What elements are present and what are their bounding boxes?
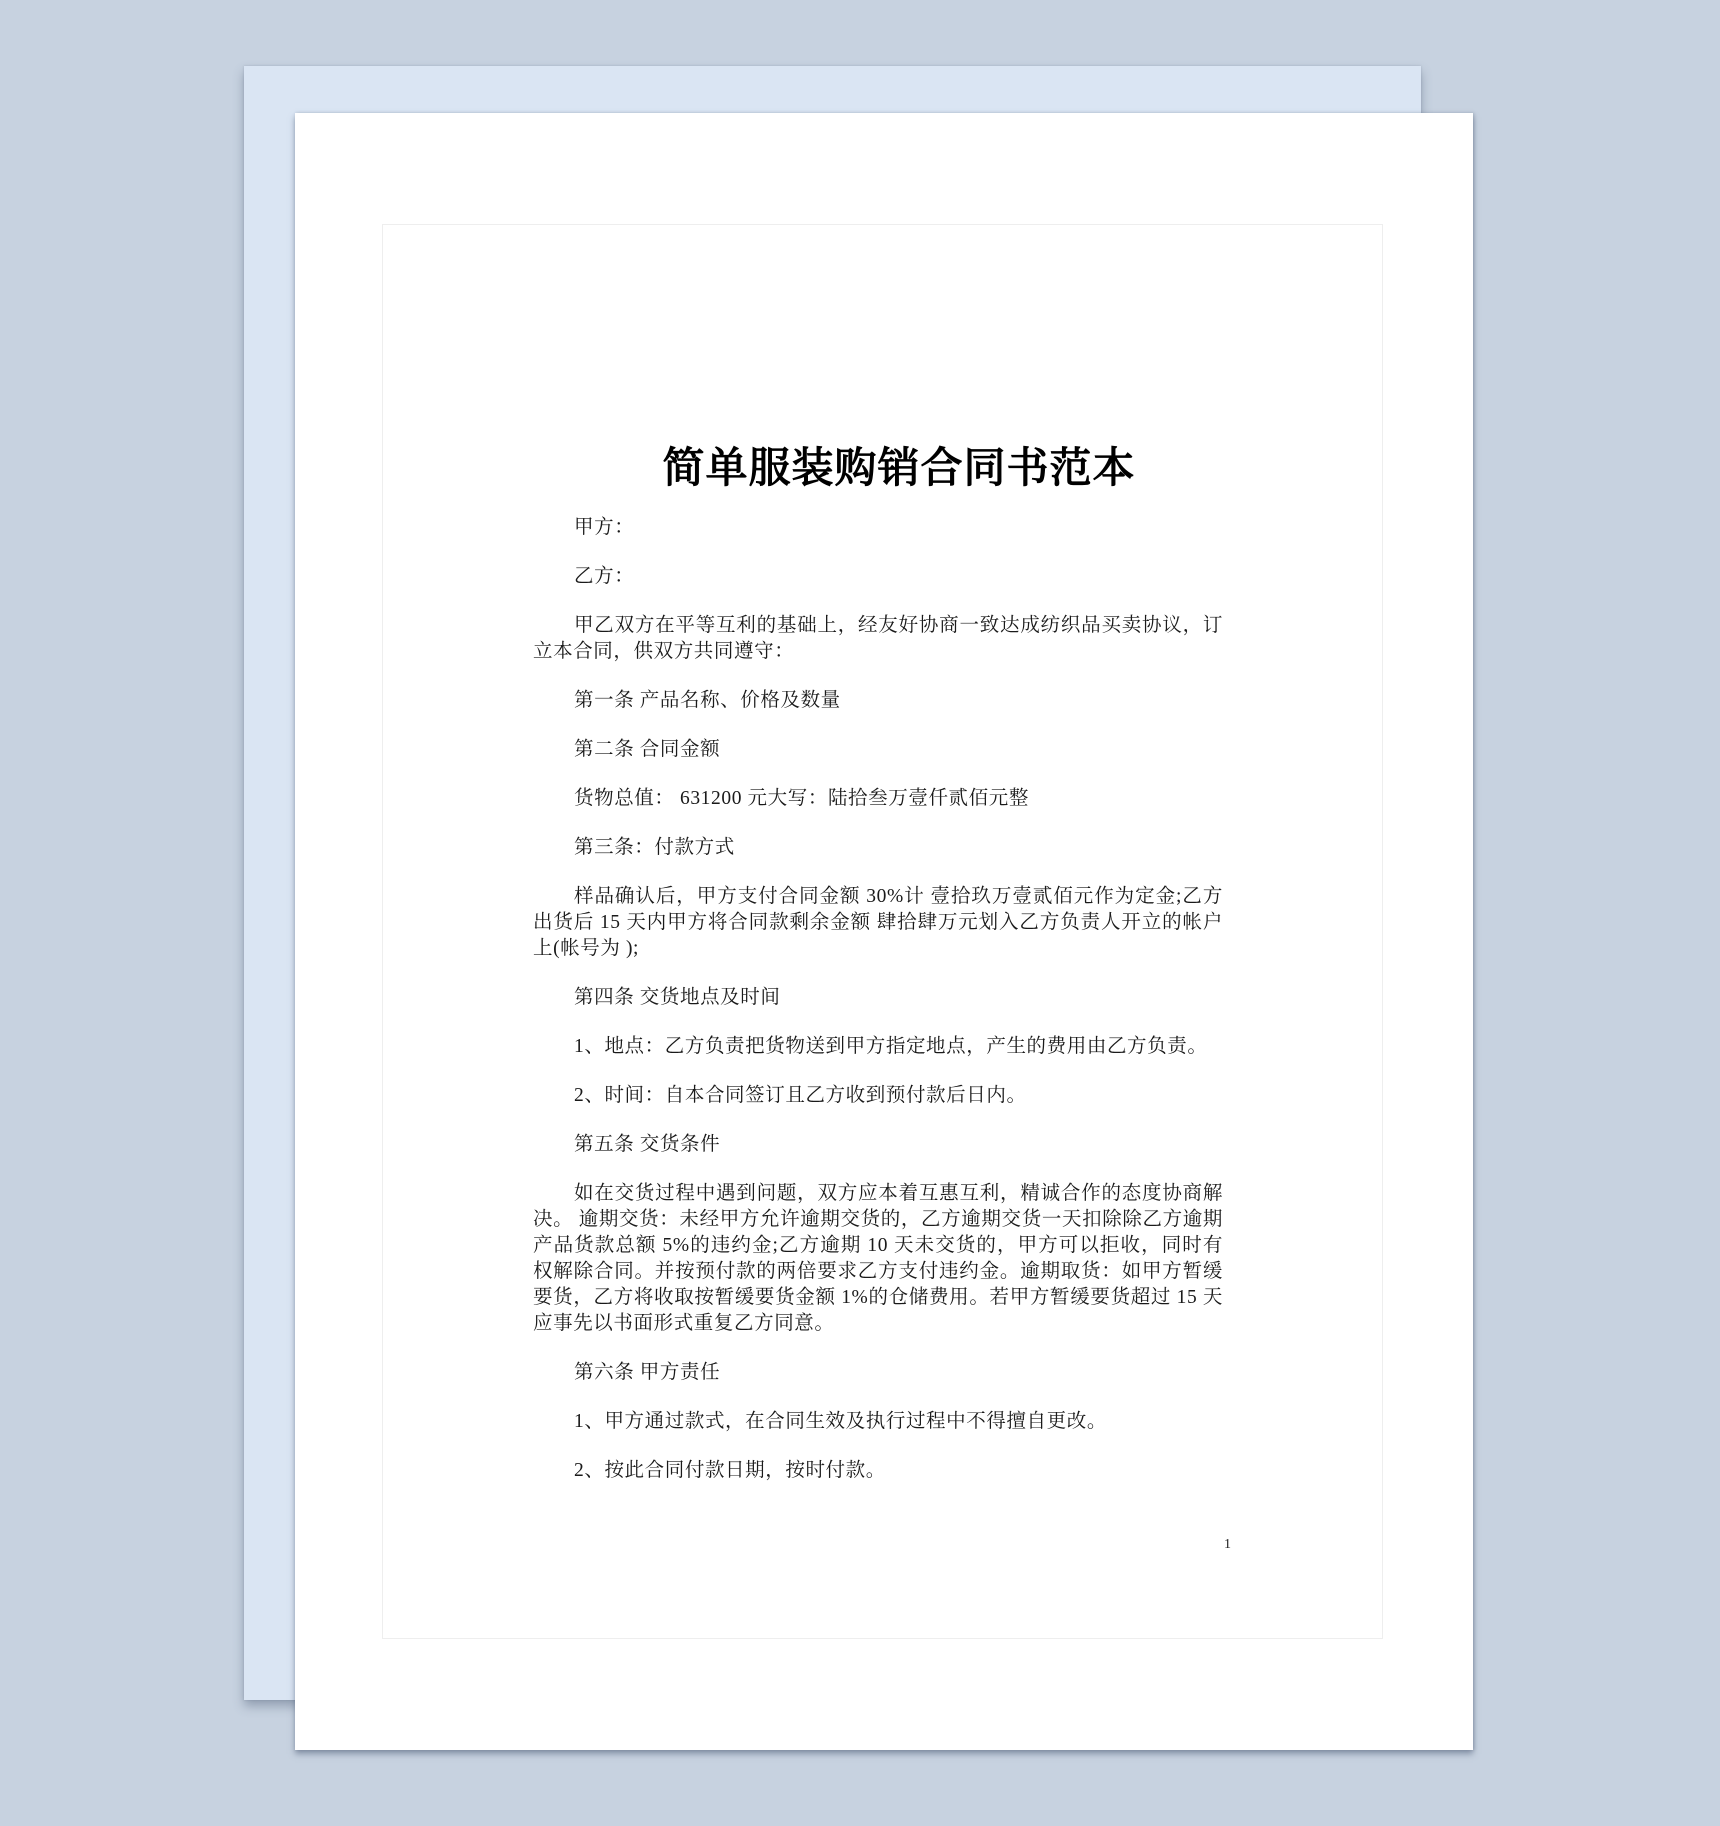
party-b-line: 乙方： [533,564,1223,590]
document-body: 甲方： 乙方： 甲乙双方在平等互利的基础上，经友好协商一致达成纺织品买卖协议，订… [533,515,1223,1507]
party-a-line: 甲方： [533,515,1223,541]
article-5-heading: 第五条 交货条件 [533,1132,1223,1158]
delivery-time-item: 2、时间：自本合同签订且乙方收到预付款后日内。 [533,1083,1223,1109]
party-a-duty-2: 2、按此合同付款日期，按时付款。 [533,1458,1223,1484]
page-number: 1 [1224,1537,1231,1553]
preamble-paragraph: 甲乙双方在平等互利的基础上，经友好协商一致达成纺织品买卖协议，订立本合同，供双方… [533,613,1223,665]
party-a-duty-1: 1、甲方通过款式，在合同生效及执行过程中不得擅自更改。 [533,1409,1223,1435]
document-page: 简单服装购销合同书范本 甲方： 乙方： 甲乙双方在平等互利的基础上，经友好协商一… [295,113,1473,1750]
document-title: 简单服装购销合同书范本 [295,435,1473,495]
total-value-line: 货物总值： 631200 元大写：陆拾叁万壹仟贰佰元整 [533,786,1223,812]
delivery-location-item: 1、地点：乙方负责把货物送到甲方指定地点，产生的费用由乙方负责。 [533,1034,1223,1060]
delivery-conditions-paragraph: 如在交货过程中遇到问题，双方应本着互惠互利，精诚合作的态度协商解决。 逾期交货：… [533,1181,1223,1337]
payment-terms-paragraph: 样品确认后，甲方支付合同金额 30%计 壹拾玖万壹贰佰元作为定金;乙方出货后 1… [533,884,1223,962]
article-6-heading: 第六条 甲方责任 [533,1360,1223,1386]
article-3-heading: 第三条：付款方式 [533,835,1223,861]
article-1-heading: 第一条 产品名称、价格及数量 [533,688,1223,714]
article-2-heading: 第二条 合同金额 [533,737,1223,763]
article-4-heading: 第四条 交货地点及时间 [533,985,1223,1011]
